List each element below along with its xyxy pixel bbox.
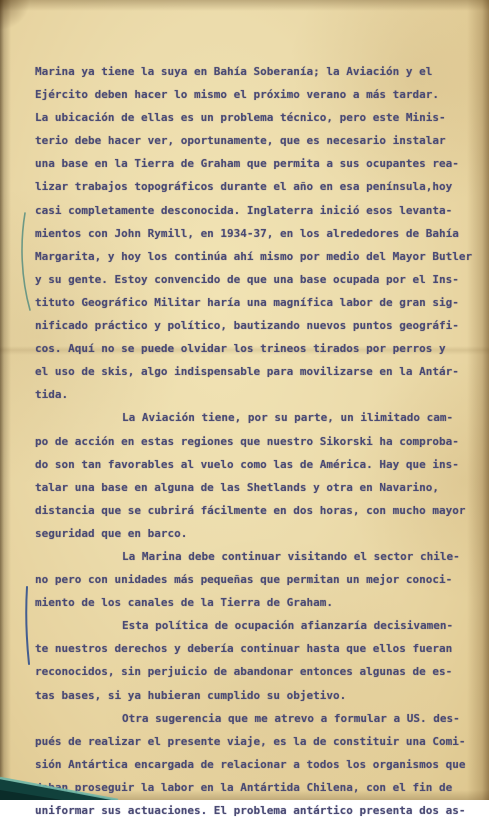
text-line: una base en la Tierra de Graham que perm… <box>35 152 479 175</box>
text-line: Ejército deben hacer lo mismo el próximo… <box>35 83 479 106</box>
text-line: cos. Aquí no se puede olvidar los trineo… <box>35 337 479 360</box>
text-line: y su gente. Estoy convencido de que una … <box>35 268 479 291</box>
text-line: po de acción en estas regiones que nuest… <box>35 430 479 453</box>
text-line: te nuestros derechos y debería continuar… <box>35 637 479 660</box>
text-line: no pero con unidades más pequeñas que pe… <box>35 568 479 591</box>
typewritten-text: Marina ya tiene la suya en Bahía Soberan… <box>35 21 479 800</box>
text-line: talar una base en alguna de las Shetland… <box>35 476 479 499</box>
text-line: deban proseguir la labor en la Antártida… <box>35 776 479 799</box>
text-line: lizar trabajos topográficos durante el a… <box>35 175 479 198</box>
margin-mark-pen-stroke-bottom <box>26 587 29 664</box>
text-line: Otra sugerencia que me atrevo a formular… <box>35 707 479 730</box>
text-line: mientos con John Rymill, en 1934-37, en … <box>35 222 479 245</box>
text-line: terio debe hacer ver, oportunamente, que… <box>35 129 479 152</box>
text-line: tas bases, si ya hubieran cumplido su ob… <box>35 684 479 707</box>
text-line: el uso de skis, algo indispensable para … <box>35 360 479 383</box>
text-line: tida. <box>35 383 479 406</box>
text-line: La ubicación de ellas es un problema téc… <box>35 106 479 129</box>
text-line: La Aviación tiene, por su parte, un ilim… <box>35 406 479 429</box>
text-line: miento de los canales de la Tierra de Gr… <box>35 591 479 614</box>
text-line: Marina ya tiene la suya en Bahía Soberan… <box>35 60 479 83</box>
text-line: Margarita, y hoy los continúa ahí mismo … <box>35 245 479 268</box>
text-line: Esta política de ocupación afianzaría de… <box>35 614 479 637</box>
text-line: nificado práctico y político, bautizando… <box>35 314 479 337</box>
text-line: distancia que se cubrirá fácilmente en d… <box>35 499 479 522</box>
paper-sheet: Marina ya tiene la suya en Bahía Soberan… <box>0 0 489 800</box>
text-line: sión Antártica encargada de relacionar a… <box>35 753 479 776</box>
text-line: reconocidos, sin perjuicio de abandonar … <box>35 660 479 683</box>
text-line: La Marina debe continuar visitando el se… <box>35 545 479 568</box>
text-line: seguridad que en barco. <box>35 522 479 545</box>
text-line: pués de realizar el presente viaje, es l… <box>35 730 479 753</box>
text-line: do son tan favorables al vuelo como las … <box>35 453 479 476</box>
text-line: casi completamente desconocida. Inglater… <box>35 199 479 222</box>
text-line: tituto Geográfico Militar haría una magn… <box>35 291 479 314</box>
margin-mark-pen-stroke-top <box>22 213 30 310</box>
